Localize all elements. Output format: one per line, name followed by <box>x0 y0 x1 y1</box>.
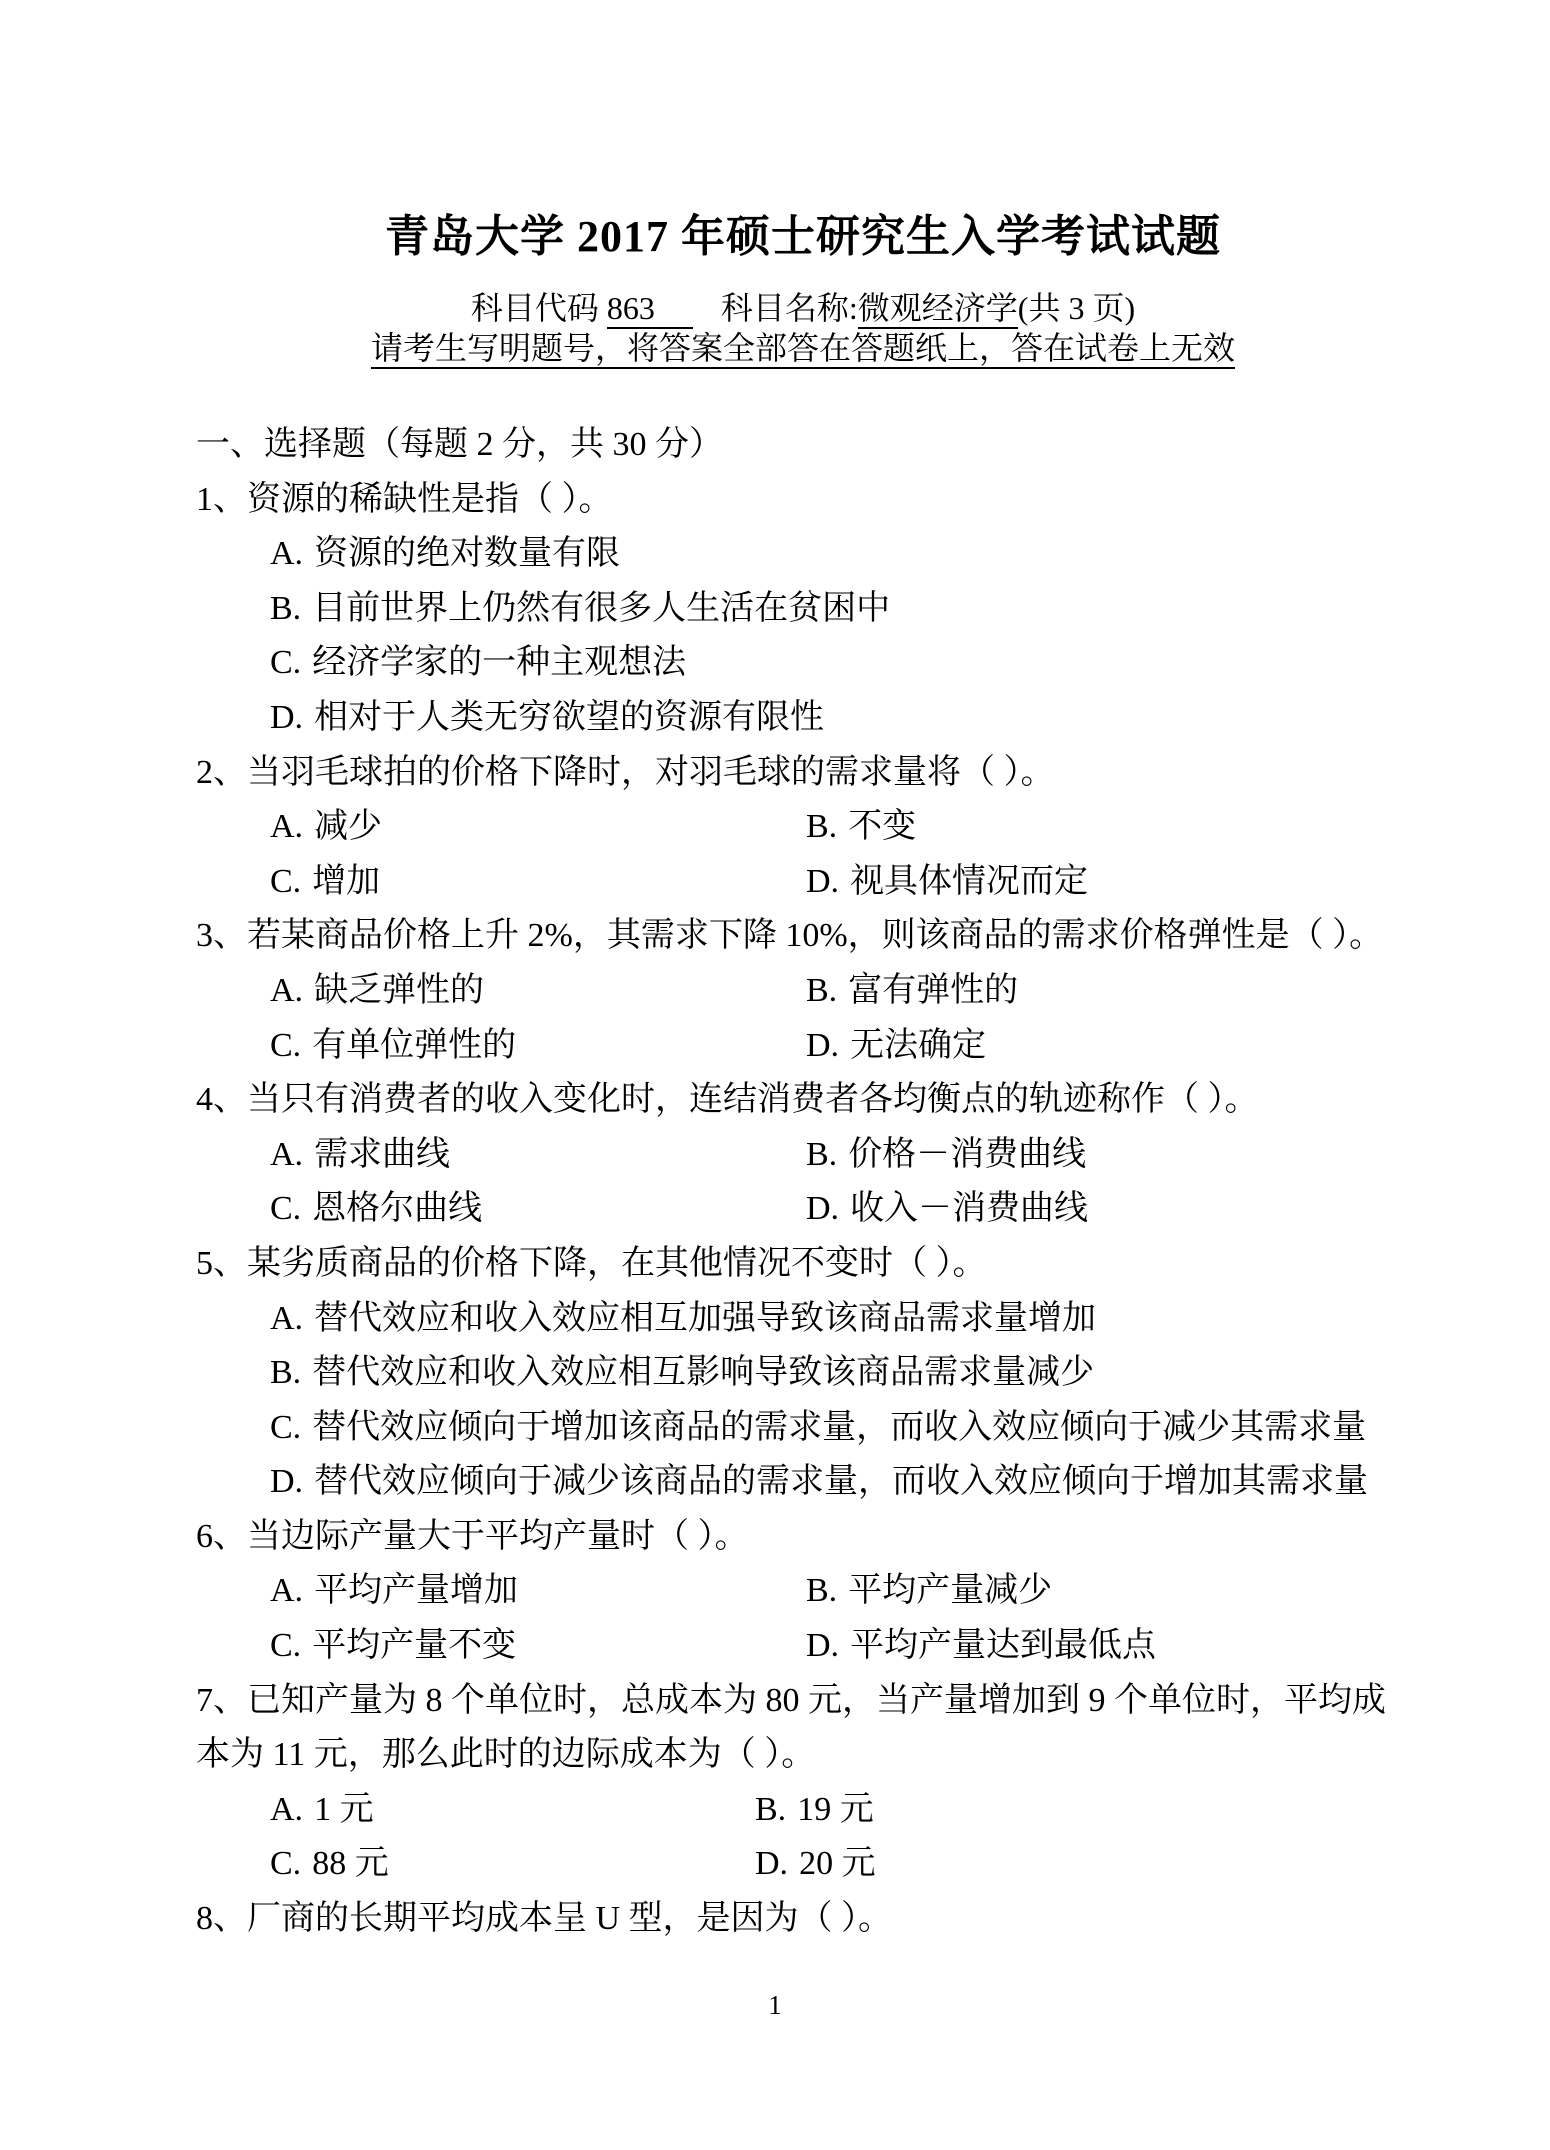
question-4: 4、当只有消费者的收入变化时，连结消费者各均衡点的轨迹称作（ ）。 A.需求曲线… <box>196 1073 1410 1237</box>
option-label: B. <box>806 1136 837 1173</box>
exam-paper-page: 青岛大学 2017 年硕士研究生入学考试试题 科目代码 863科目名称:微观经济… <box>0 0 1550 2150</box>
question-text: 资源的稀缺性是指（ ）。 <box>247 481 613 518</box>
option-text: 替代效应和收入效应相互影响导致该商品需求量减少 <box>312 1354 1094 1391</box>
option-row-cd: C.88 元 D.20 元 <box>196 1837 1410 1892</box>
option-d: D.平均产量达到最低点 <box>806 1619 1156 1674</box>
option-text: 减少 <box>314 808 382 845</box>
option-text: 相对于人类无穷欲望的资源有限性 <box>314 699 824 736</box>
option-label: D. <box>806 1190 839 1227</box>
question-line: 5、某劣质商品的价格下降，在其他情况不变时（ ）。 <box>196 1237 1410 1292</box>
option-label: B. <box>270 590 301 627</box>
option-b: B.富有弹性的 <box>806 964 1018 1019</box>
option-text: 替代效应倾向于减少该商品的需求量，而收入效应倾向于增加其需求量 <box>314 1463 1368 1500</box>
subject-pages-note: (共 3 页) <box>1018 290 1135 326</box>
option-text: 20 元 <box>799 1845 876 1882</box>
option-a: A.1 元 <box>270 1783 374 1838</box>
option-b: B.目前世界上仍然有很多人生活在贫困中 <box>196 582 1410 637</box>
option-row-ab: A.需求曲线 B.价格－消费曲线 <box>196 1128 1410 1183</box>
option-c: C.经济学家的一种主观想法 <box>196 636 1410 691</box>
option-text: 缺乏弹性的 <box>314 972 484 1009</box>
option-label: A. <box>270 1300 303 1337</box>
question-line: 8、厂商的长期平均成本呈 U 型，是因为（ ）。 <box>196 1892 1410 1947</box>
option-label: A. <box>270 535 303 572</box>
option-c: C.恩格尔曲线 <box>270 1182 482 1237</box>
question-line: 1、资源的稀缺性是指（ ）。 <box>196 473 1410 528</box>
option-text: 资源的绝对数量有限 <box>314 535 620 572</box>
option-text: 1 元 <box>314 1791 374 1828</box>
option-text: 增加 <box>312 863 380 900</box>
option-a: A.缺乏弹性的 <box>270 964 484 1019</box>
option-label: C. <box>270 1027 301 1064</box>
option-label: B. <box>755 1791 786 1828</box>
option-a: A.平均产量增加 <box>270 1564 518 1619</box>
option-c: C.增加 <box>270 855 380 910</box>
question-number: 5、 <box>196 1245 247 1282</box>
option-text: 19 元 <box>797 1791 874 1828</box>
option-a: A.减少 <box>270 800 382 855</box>
page-number: 1 <box>0 1990 1550 2020</box>
option-text: 替代效应倾向于增加该商品的需求量，而收入效应倾向于减少其需求量 <box>312 1409 1366 1446</box>
option-text: 88 元 <box>312 1845 389 1882</box>
option-c: C.平均产量不变 <box>270 1619 516 1674</box>
question-line: 2、当羽毛球拍的价格下降时，对羽毛球的需求量将（ ）。 <box>196 746 1410 801</box>
option-label: C. <box>270 863 301 900</box>
option-d: D.相对于人类无穷欲望的资源有限性 <box>196 691 1410 746</box>
option-text: 富有弹性的 <box>848 972 1018 1009</box>
option-text: 收入－消费曲线 <box>850 1190 1088 1227</box>
subject-name-label: 科目名称: <box>721 290 858 326</box>
option-text: 经济学家的一种主观想法 <box>312 644 686 681</box>
option-label: D. <box>270 1463 303 1500</box>
question-7: 7、已知产量为 8 个单位时，总成本为 80 元，当产量增加到 9 个单位时，平… <box>196 1674 1410 1892</box>
question-text: 当只有消费者的收入变化时，连结消费者各均衡点的轨迹称作（ ）。 <box>247 1081 1259 1118</box>
option-b: B.平均产量减少 <box>806 1564 1052 1619</box>
option-label: C. <box>270 1409 301 1446</box>
subject-name-value: 微观经济学 <box>858 290 1018 329</box>
question-line: 3、若某商品价格上升 2%，其需求下降 10%，则该商品的需求价格弹性是（ ）。 <box>196 909 1410 964</box>
question-text: 当边际产量大于平均产量时（ ）。 <box>247 1518 749 1555</box>
question-text: 当羽毛球拍的价格下降时，对羽毛球的需求量将（ ）。 <box>247 754 1055 791</box>
question-number: 3、 <box>196 917 247 954</box>
option-label: C. <box>270 644 301 681</box>
option-d: D.无法确定 <box>806 1019 986 1074</box>
subject-line: 科目代码 863科目名称:微观经济学(共 3 页) <box>196 288 1410 328</box>
question-text: 某劣质商品的价格下降，在其他情况不变时（ ）。 <box>247 1245 987 1282</box>
option-b: B.不变 <box>806 800 916 855</box>
question-number: 4、 <box>196 1081 247 1118</box>
question-2: 2、当羽毛球拍的价格下降时，对羽毛球的需求量将（ ）。 A.减少 B.不变 C.… <box>196 746 1410 910</box>
option-label: A. <box>270 972 303 1009</box>
page-title: 青岛大学 2017 年硕士研究生入学考试试题 <box>196 212 1410 262</box>
question-text: 已知产量为 8 个单位时，总成本为 80 元，当产量增加到 9 个单位时，平均成 <box>247 1682 1386 1719</box>
question-line: 4、当只有消费者的收入变化时，连结消费者各均衡点的轨迹称作（ ）。 <box>196 1073 1410 1128</box>
option-text: 平均产量增加 <box>314 1572 518 1609</box>
option-a: A.需求曲线 <box>270 1128 450 1183</box>
notice-text: 请考生写明题号，将答案全部答在答题纸上，答在试卷上无效 <box>371 330 1235 369</box>
option-label: A. <box>270 808 303 845</box>
question-6: 6、当边际产量大于平均产量时（ ）。 A.平均产量增加 B.平均产量减少 C.平… <box>196 1510 1410 1674</box>
question-number: 7、 <box>196 1682 247 1719</box>
option-d: D.替代效应倾向于减少该商品的需求量，而收入效应倾向于增加其需求量 <box>196 1455 1410 1510</box>
page-content: 青岛大学 2017 年硕士研究生入学考试试题 科目代码 863科目名称:微观经济… <box>196 212 1410 1947</box>
option-row-ab: A.减少 B.不变 <box>196 800 1410 855</box>
option-label: D. <box>270 699 303 736</box>
question-line: 7、已知产量为 8 个单位时，总成本为 80 元，当产量增加到 9 个单位时，平… <box>196 1674 1410 1729</box>
option-row-cd: C.恩格尔曲线 D.收入－消费曲线 <box>196 1182 1410 1237</box>
option-row-ab: A.1 元 B.19 元 <box>196 1783 1410 1838</box>
option-d: D.20 元 <box>755 1837 876 1892</box>
option-d: D.收入－消费曲线 <box>806 1182 1088 1237</box>
option-text: 替代效应和收入效应相互加强导致该商品需求量增加 <box>314 1300 1096 1337</box>
option-text: 平均产量达到最低点 <box>850 1627 1156 1664</box>
section-header: 一、选择题（每题 2 分，共 30 分） <box>196 418 1410 473</box>
question-5: 5、某劣质商品的价格下降，在其他情况不变时（ ）。 A.替代效应和收入效应相互加… <box>196 1237 1410 1510</box>
option-a: A.资源的绝对数量有限 <box>196 527 1410 582</box>
question-number: 6、 <box>196 1518 247 1555</box>
option-row-cd: C.增加 D.视具体情况而定 <box>196 855 1410 910</box>
option-b: B.替代效应和收入效应相互影响导致该商品需求量减少 <box>196 1346 1410 1401</box>
option-text: 有单位弹性的 <box>312 1027 516 1064</box>
question-number: 8、 <box>196 1900 247 1937</box>
question-3: 3、若某商品价格上升 2%，其需求下降 10%，则该商品的需求价格弹性是（ ）。… <box>196 909 1410 1073</box>
option-b: B.价格－消费曲线 <box>806 1128 1086 1183</box>
question-line-continued: 本为 11 元，那么此时的边际成本为（ ）。 <box>196 1728 1410 1783</box>
option-label: D. <box>806 863 839 900</box>
option-label: C. <box>270 1627 301 1664</box>
option-label: D. <box>755 1845 788 1882</box>
option-text: 视具体情况而定 <box>850 863 1088 900</box>
option-row-cd: C.有单位弹性的 D.无法确定 <box>196 1019 1410 1074</box>
option-c: C.88 元 <box>270 1837 389 1892</box>
question-8: 8、厂商的长期平均成本呈 U 型，是因为（ ）。 <box>196 1892 1410 1947</box>
question-line: 6、当边际产量大于平均产量时（ ）。 <box>196 1510 1410 1565</box>
option-text: 平均产量不变 <box>312 1627 516 1664</box>
question-text: 若某商品价格上升 2%，其需求下降 10%，则该商品的需求价格弹性是（ ）。 <box>247 917 1383 954</box>
question-text: 本为 11 元，那么此时的边际成本为（ ）。 <box>196 1736 815 1773</box>
option-label: D. <box>806 1027 839 1064</box>
option-c: C.有单位弹性的 <box>270 1019 516 1074</box>
option-d: D.视具体情况而定 <box>806 855 1088 910</box>
option-label: A. <box>270 1572 303 1609</box>
option-text: 需求曲线 <box>314 1136 450 1173</box>
notice-line: 请考生写明题号，将答案全部答在答题纸上，答在试卷上无效 <box>196 328 1410 368</box>
option-a: A.替代效应和收入效应相互加强导致该商品需求量增加 <box>196 1292 1410 1347</box>
option-label: A. <box>270 1791 303 1828</box>
subject-code-value: 863 <box>607 290 693 329</box>
question-number: 1、 <box>196 481 247 518</box>
option-label: B. <box>806 972 837 1009</box>
option-text: 目前世界上仍然有很多人生活在贫困中 <box>312 590 890 627</box>
option-label: D. <box>806 1627 839 1664</box>
option-row-ab: A.平均产量增加 B.平均产量减少 <box>196 1564 1410 1619</box>
option-label: C. <box>270 1190 301 1227</box>
option-row-ab: A.缺乏弹性的 B.富有弹性的 <box>196 964 1410 1019</box>
option-text: 价格－消费曲线 <box>848 1136 1086 1173</box>
option-text: 不变 <box>848 808 916 845</box>
question-text: 厂商的长期平均成本呈 U 型，是因为（ ）。 <box>247 1900 892 1937</box>
option-text: 无法确定 <box>850 1027 986 1064</box>
option-c: C.替代效应倾向于增加该商品的需求量，而收入效应倾向于减少其需求量 <box>196 1401 1410 1456</box>
option-label: B. <box>806 808 837 845</box>
option-label: B. <box>806 1572 837 1609</box>
option-label: A. <box>270 1136 303 1173</box>
question-number: 2、 <box>196 754 247 791</box>
option-row-cd: C.平均产量不变 D.平均产量达到最低点 <box>196 1619 1410 1674</box>
option-b: B.19 元 <box>755 1783 874 1838</box>
option-label: C. <box>270 1845 301 1882</box>
option-label: B. <box>270 1354 301 1391</box>
question-1: 1、资源的稀缺性是指（ ）。 A.资源的绝对数量有限 B.目前世界上仍然有很多人… <box>196 473 1410 746</box>
option-text: 恩格尔曲线 <box>312 1190 482 1227</box>
option-text: 平均产量减少 <box>848 1572 1052 1609</box>
subject-code-label: 科目代码 <box>471 290 599 326</box>
